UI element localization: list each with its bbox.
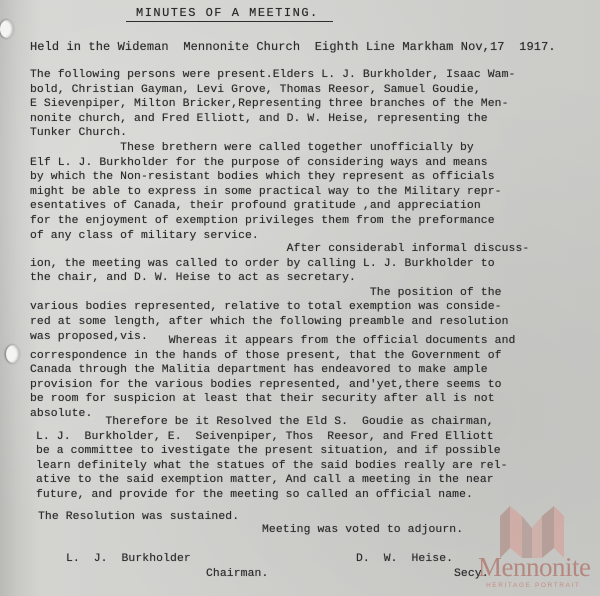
attendees-paragraph: The following persons were present.Elder… <box>30 68 515 141</box>
meeting-location-line: Held in the Wideman Mennonite Church Eig… <box>30 40 556 55</box>
watermark-wordmark: Mennonite <box>478 552 590 583</box>
watermark-tagline: HERITAGE PORTRAIT <box>486 582 581 589</box>
punch-hole-middle <box>6 345 20 363</box>
document-page: MINUTES OF A MEETING. Held in the Widema… <box>0 0 600 596</box>
purpose-paragraph: These brethern were called together unof… <box>30 141 502 243</box>
resolution-paragraph: Therefore be it Resolved the Eld S. Goud… <box>36 415 508 503</box>
chairman-signature-name: L. J. Burkholder <box>66 552 191 567</box>
punch-hole-top <box>0 20 14 38</box>
secretary-signature-name: D. W. Heise. <box>356 552 453 567</box>
chairman-signature-role: Chairman. <box>206 567 268 582</box>
resolution-sustained-line: The Resolution was sustained. <box>38 510 239 525</box>
discussion-paragraph: After considerabl informal discuss- ion,… <box>30 242 529 344</box>
adjourn-line: Meeting was voted to adjourn. <box>262 523 463 538</box>
whereas-paragraph: Whereas it appears from the official doc… <box>30 334 515 422</box>
document-title: MINUTES OF A MEETING. <box>126 6 333 22</box>
